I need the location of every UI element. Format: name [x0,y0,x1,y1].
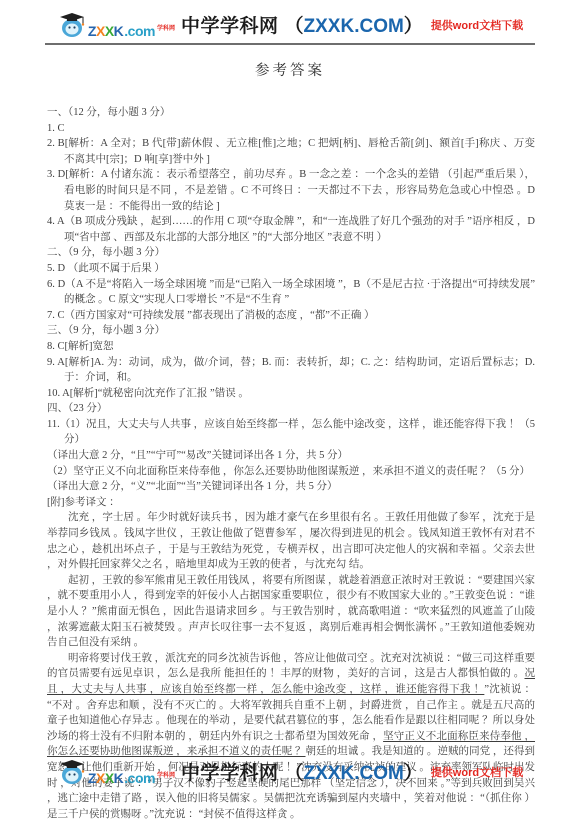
document-page: ZXXK .com 学科网 中学学科网 （ZXXK.COM） 提供word文档下… [0,0,580,820]
download-word-link[interactable]: 提供word文档下载 [431,17,523,33]
section-heading: 四、（23 分） [47,401,535,417]
site-logo[interactable]: ZXXK .com 学科网 [57,759,175,785]
answer-line: 8. C[解析]宽恕 [47,339,535,355]
translation-paragraph: 明帝将要讨伐王敦 ，派沈充的同乡沈祯告诉他 ，答应让他做司空 。沈充对沈祯说 ：… [47,651,535,820]
site-url: （ZXXK.COM） [285,758,423,785]
logo-mascot-icon [57,12,87,38]
scoring-note: （译出大意 2 分，“义”“北面”“当”关键词译出各 1 分，共 5 分） [47,479,535,495]
paren-close: ） [404,763,423,784]
site-logo[interactable]: ZXXK .com 学科网 [57,12,175,38]
text-segment: 明帝将要讨伐王敦 ，派沈充的同乡沈祯告诉他 ，答应让他做司空 。沈充对沈祯说 ：… [47,653,535,680]
logo-dotcom: .com [124,24,155,38]
translation-paragraph: 起初 ，王敦的参军熊甫见王敦任用钱凤 ，将要有所图谋 ，就趁着酒意正浓时对王敦说… [47,573,535,651]
answer-line: 6. D（A 不是“将陷入一场全球困境 ”而是“已陷入一场全球困境 ”，B（不是… [47,277,535,308]
logo-wordmark: ZXXK [88,771,123,785]
answer-line: 5. D （此项不属于后果 ） [47,261,535,277]
logo-wordmark: ZXXK [88,24,123,38]
answer-content: 一、（12 分，每小题 3 分） 1. C 2. B[解析：A 全对；B 代[带… [47,105,535,820]
site-code-text: ZXXK.COM [304,763,404,784]
site-code-text: ZXXK.COM [304,16,404,37]
answer-line: 9. A[解析]A. 为：动词，成为，做/介词，替；B. 而：表转折，却；C. … [47,355,535,386]
answer-line: 11.（1）况且，大丈夫与人共事 ，应该自始至终都一样 ，怎么能中途改变 ，这样… [47,417,535,448]
answer-line: 2. B[解析：A 全对；B 代[带]薪休假 、无立椎[惟]之地；C 把炳[柄]… [47,136,535,167]
paren-open: （ [285,763,304,784]
page-title: 参考答案 [0,59,580,80]
logo-letter: X [105,23,114,39]
answer-line: 1. C [47,121,535,137]
logo-letter: Z [88,770,96,786]
answer-line: 4. A（B 项成分残缺 ，起到……的作用 C 项“夺取金牌 ”，和“一连战胜了… [47,214,535,245]
scoring-note: （译出大意 2 分，“且”“宁可”“易改”关键词译出各 1 分，共 5 分） [47,448,535,464]
answer-line: 10. A[解析]“就秘密向沈充作了汇报 ”错误 。 [47,386,535,402]
answer-line: 7. C（西方国家对“可持续发展 ”都表现出了消极的态度 ，“都”不正确 ） [47,308,535,324]
section-heading: 三、（9 分，每小题 3 分） [47,323,535,339]
site-name: 中学学科网 [181,758,279,785]
paren-close: ） [404,16,423,37]
logo-letter: X [96,23,105,39]
paren-open: （ [285,16,304,37]
logo-letter: X [105,770,114,786]
site-url: （ZXXK.COM） [285,11,423,38]
header-divider [45,43,535,45]
logo-dotcom: .com [124,771,155,785]
logo-letter: K [114,23,124,39]
logo-mascot-icon [57,759,87,785]
translation-paragraph: 沈充 ，字士居 。年少时就好读兵书 ，因为雄才豪气在乡里很有名 。王敦任用他做了… [47,510,535,572]
section-heading: 一、（12 分，每小题 3 分） [47,105,535,121]
answer-line: （2）坚守正义不向北面称臣来侍奉他 ，你怎么还要协助他图谋叛逆 ，来承担不道义的… [47,464,535,480]
logo-tagline: 学科网 [157,26,175,32]
section-heading: 二、（9 分，每小题 3 分） [47,245,535,261]
logo-letter: X [96,770,105,786]
logo-letter: K [114,770,124,786]
answer-line: 3. D[解析：A 付诸东流 ：表示希望落空 ，前功尽弃 。B 一念之差 ：一个… [47,167,535,214]
download-word-link[interactable]: 提供word文档下载 [431,764,523,780]
page-header: ZXXK .com 学科网 中学学科网 （ZXXK.COM） 提供word文档下… [0,0,580,45]
logo-letter: Z [88,23,96,39]
logo-tagline: 学科网 [157,773,175,779]
site-name: 中学学科网 [181,11,279,38]
page-footer: ZXXK .com 学科网 中学学科网 （ZXXK.COM） 提供word文档下… [0,758,580,785]
appendix-label: [附]参考译文 ： [47,495,535,511]
